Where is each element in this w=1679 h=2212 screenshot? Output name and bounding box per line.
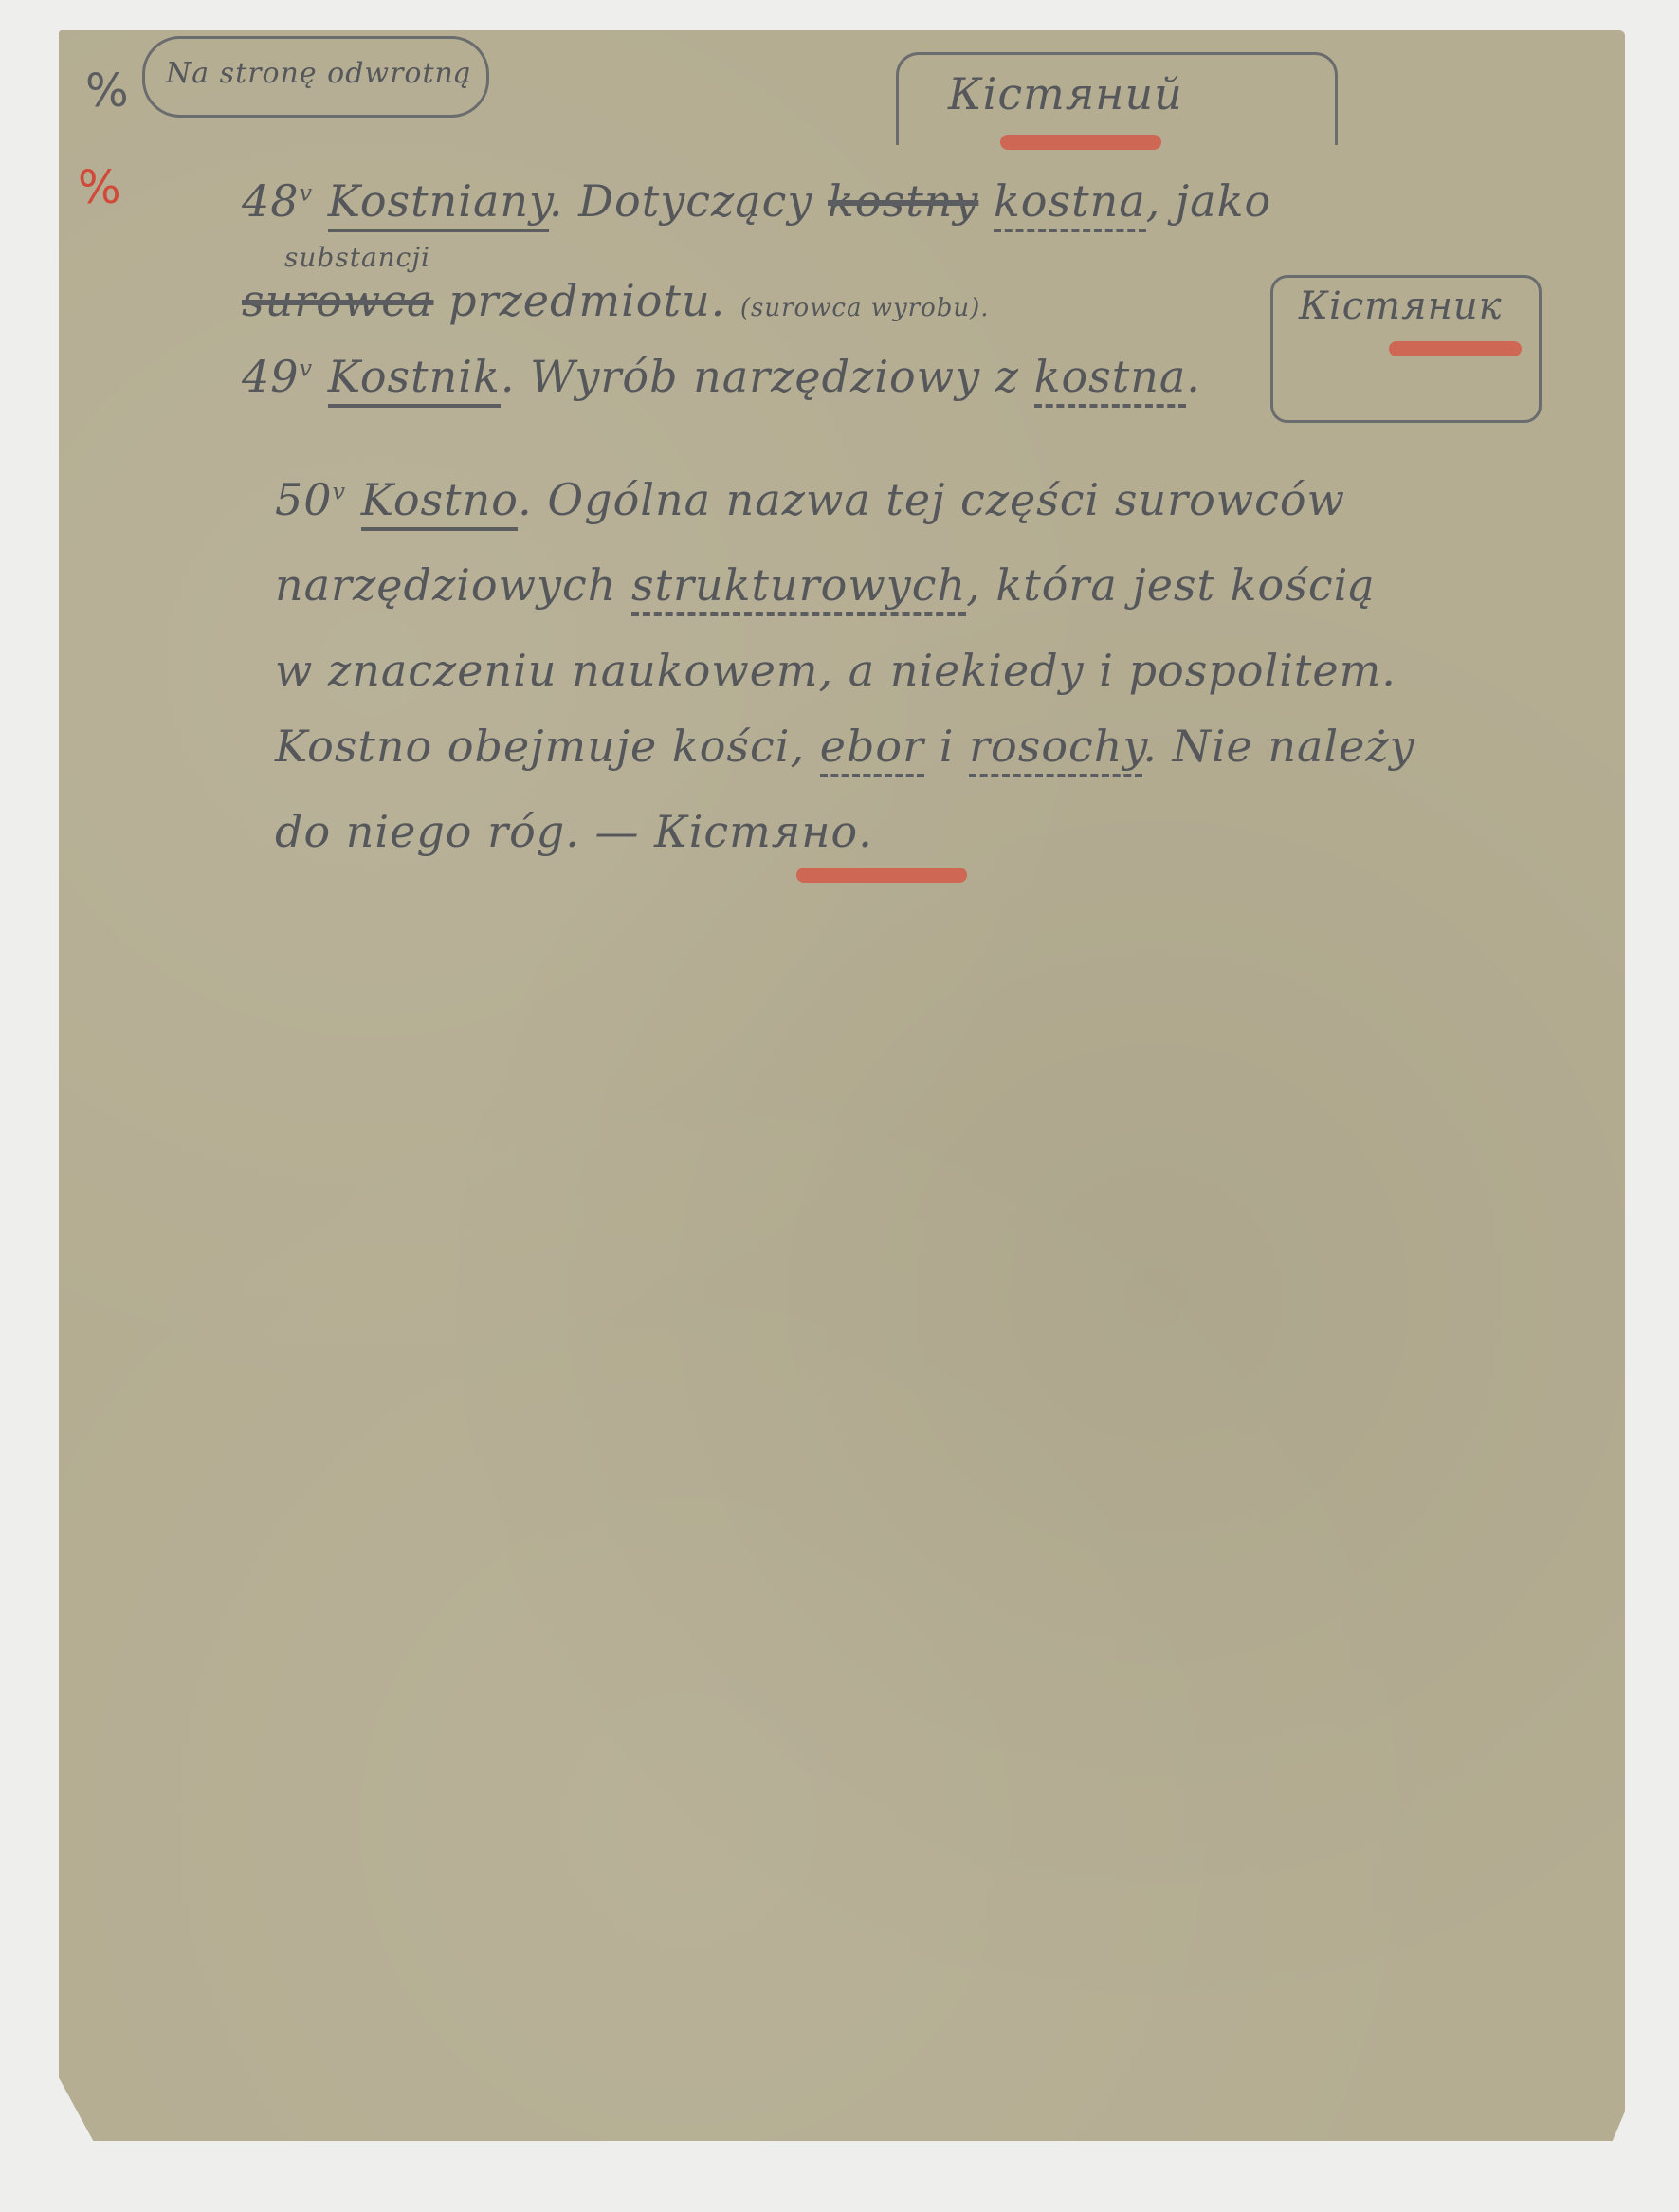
- entry-48-line2: surowca przedmiotu. (surowca wyrobu).: [242, 275, 990, 326]
- definition-link: rosochy: [969, 721, 1142, 777]
- definition-text: narzędziowych: [275, 559, 616, 611]
- definition-text: do niego róg. —: [275, 806, 639, 857]
- check-mark: v: [300, 356, 314, 382]
- note-text: Na stronę odwrotną: [166, 57, 472, 90]
- entry-50-line3: w znaczeniu naukowem, a niekiedy i pospo…: [275, 645, 1396, 696]
- check-mark: v: [333, 479, 347, 505]
- margin-mark-percent-red: %: [78, 161, 121, 214]
- definition-link: kostna: [994, 175, 1146, 232]
- definition-text: Dotyczący: [578, 175, 812, 227]
- entry-50-line5: do niego róg. — Кістяно.: [275, 806, 873, 857]
- entry-50: 50v Kostno. Ogólna nazwa tej części suro…: [275, 474, 1345, 525]
- definition-link: strukturowych: [631, 559, 966, 616]
- ukrainian-term: Кістяно.: [654, 806, 873, 857]
- definition-link: kostna: [1034, 351, 1187, 408]
- ukrainian-term: Кістяник: [1299, 284, 1503, 328]
- entry-number: 49: [242, 351, 300, 402]
- definition-text: i: [940, 721, 955, 772]
- definition-text: Kostno obejmuje kości,: [275, 721, 805, 772]
- margin-mark-percent: %: [85, 64, 129, 118]
- headword: Kostniany: [328, 175, 549, 232]
- check-mark: v: [300, 180, 314, 207]
- definition-text: , która jest kością: [966, 559, 1376, 611]
- red-underline: [1000, 135, 1161, 150]
- insert-above: substancji: [284, 242, 430, 273]
- definition-text: Wyrób narzędziowy z: [530, 351, 1019, 402]
- headword: Kostnik: [328, 351, 501, 408]
- definition-text: , jako: [1146, 175, 1272, 227]
- struck-word: kostny: [828, 175, 978, 227]
- definition-link: ebor: [820, 721, 924, 777]
- definition-text: przedmiotu.: [448, 275, 725, 326]
- entry-49: 49v Kostnik. Wyrób narzędziowy z kostna.: [242, 351, 1201, 402]
- struck-word: surowca: [242, 275, 433, 326]
- entry-50-line2: narzędziowych strukturowych, która jest …: [275, 559, 1376, 611]
- red-underline: [1389, 341, 1522, 356]
- entry-number: 48: [242, 175, 300, 227]
- entry-50-line4: Kostno obejmuje kości, ebor i rosochy. N…: [275, 721, 1415, 772]
- headword: Kostno: [361, 474, 518, 531]
- definition-text: .: [1186, 351, 1201, 402]
- definition-text: Ogólna nazwa tej części surowców: [547, 474, 1345, 525]
- parenthetical-note: (surowca wyrobu).: [740, 294, 990, 322]
- definition-text: . Nie należy: [1142, 721, 1414, 772]
- entry-48: 48v Kostniany. Dotyczący kostny kostna, …: [242, 175, 1271, 227]
- ukrainian-term-header: Кістяний: [948, 68, 1183, 119]
- red-underline: [796, 868, 967, 883]
- entry-number: 50: [275, 474, 333, 525]
